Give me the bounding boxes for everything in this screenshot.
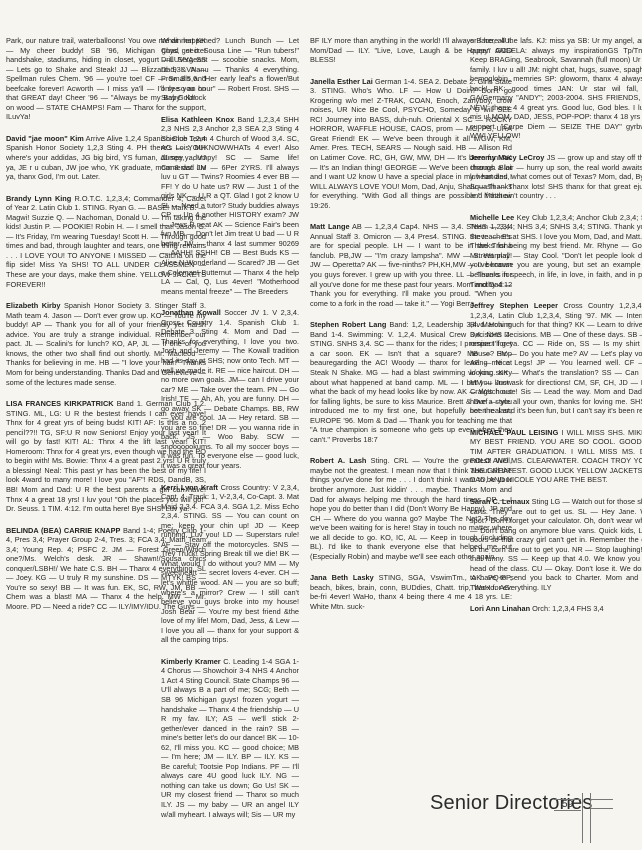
senior-entry: Elisa Kathleen Knox Band 1,2,3,4 SHH 2,3…: [161, 115, 299, 296]
senior-text: Cross Country 1,2,3,4, Track 1,2,3,4, La…: [470, 301, 642, 415]
senior-name: Jana Beth Lasky: [310, 573, 374, 582]
footer-rule-horizontal: [591, 808, 613, 809]
senior-text: What happened? Lunch Bunch — Let Chad ge…: [161, 36, 299, 102]
senior-entry: er face, all the lafs. KJ: miss ya SB: U…: [470, 36, 642, 141]
senior-entry: Kerri Lynn Kraft Cross Country: V 2,3,4,…: [161, 483, 299, 645]
senior-entry: Jeremy Macy LeCroy JS — grow up and stay…: [470, 153, 642, 201]
senior-name: Robert A. Lash: [310, 456, 366, 465]
senior-name: Lori Ann Linahan: [470, 604, 530, 613]
senior-name: BELINDA (BEA) CARRIE KNAPP: [6, 526, 120, 535]
senior-name: Elisa Kathleen Knox: [161, 115, 234, 124]
column-4: er face, all the lafs. KJ: miss ya SB: U…: [470, 36, 642, 626]
senior-text: Orch: 1,2,3,4 FHS 3,4: [530, 604, 603, 613]
footer-rule-vertical: [582, 793, 583, 843]
senior-name: Kerri Lynn Kraft: [161, 483, 218, 492]
senior-text: C. Leading 1-4 SGA 1-4 Chorus — Showchoi…: [161, 657, 299, 819]
footer-rule-horizontal: [591, 799, 613, 800]
senior-name: Jeremy Macy LeCroy: [470, 153, 544, 162]
senior-name: Michelle Lee: [470, 213, 514, 222]
senior-name: Jonathan Kowall: [161, 308, 221, 317]
senior-entry: MICHAEL PAUL LEISING I WILL MISS SHS. MI…: [470, 428, 642, 485]
senior-entry: Jeffrey Stephen Leeper Cross Country 1,2…: [470, 301, 642, 416]
senior-name: Matt Lange: [310, 222, 350, 231]
senior-name: Sarah C. Lemaux: [470, 497, 530, 506]
senior-name: Elizabeth Kirby: [6, 301, 61, 310]
senior-name: Jeffrey Stephen Leeper: [470, 301, 558, 310]
senior-text: Key Club 1,2,3,4; Anchor Club 2,3,4; Sci…: [470, 213, 642, 289]
senior-name: Janella Esther Lai: [310, 77, 373, 86]
column-2: What happened? Lunch Bunch — Let Chad ge…: [161, 36, 299, 831]
senior-entry: Kimberly Kramer C. Leading 1-4 SGA 1-4 C…: [161, 657, 299, 819]
senior-name: LISA FRANCES KIRKPATRICK: [6, 399, 114, 408]
senior-name: David "jae moon" Kim: [6, 134, 84, 143]
senior-text: Sting LG — Watch out for those shopping …: [470, 497, 642, 592]
senior-entry: Lori Ann Linahan Orch: 1,2,3,4 FHS 3,4: [470, 604, 642, 614]
senior-entry: Michelle Lee Key Club 1,2,3,4; Anchor Cl…: [470, 213, 642, 289]
senior-text: Band 1,2,3,4 SHH 2,3 NHS 2,3 Anchor 2,3 …: [161, 115, 299, 296]
senior-entry: Jonathan Kowall Soccer JV 1. V 2,3,4. Cr…: [161, 308, 299, 470]
senior-entry: Sarah C. Lemaux Sting LG — Watch out for…: [470, 497, 642, 592]
senior-text: er face, all the lafs. KJ: miss ya SB: U…: [470, 36, 642, 140]
yearbook-page: Park, our nature trail, waterballoons! Y…: [0, 0, 642, 850]
senior-name: Kimberly Kramer: [161, 657, 221, 666]
senior-name: MICHAEL PAUL LEISING: [470, 428, 558, 437]
page-number: 59: [554, 799, 581, 811]
senior-text: Cross Country: V 2,3,4, Capt. 4. Track: …: [161, 483, 299, 645]
senior-text: Soccer JV 1. V 2,3,4. Cross Country 1,4.…: [161, 308, 299, 470]
senior-name: Stephen Robert Lang: [310, 320, 386, 329]
footer-rule-vertical: [590, 793, 591, 843]
senior-name: Brandy Lynn King: [6, 194, 71, 203]
senior-entry: What happened? Lunch Bunch — Let Chad ge…: [161, 36, 299, 103]
